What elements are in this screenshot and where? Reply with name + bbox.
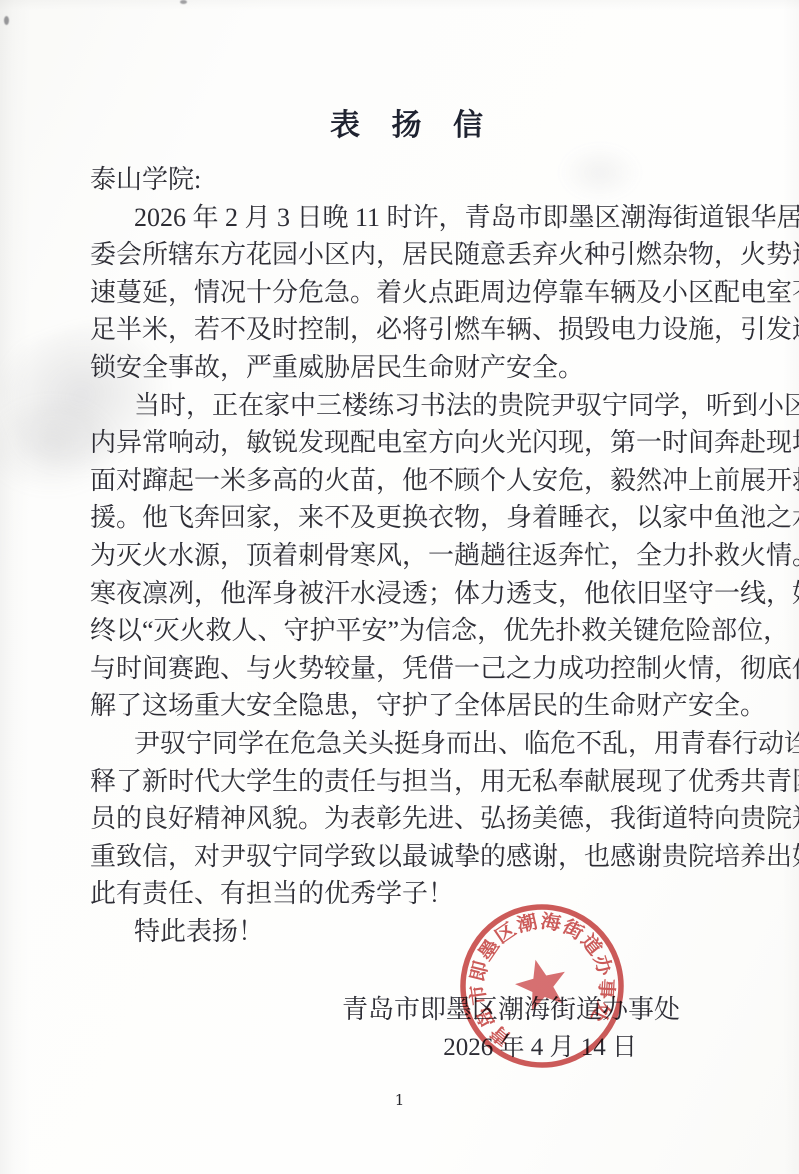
body-line: 解了这场重大安全隐患，守护了全体居民的生命财产安全。 <box>90 687 724 725</box>
page-number: 1 <box>0 1091 799 1109</box>
body-line: 速蔓延，情况十分危急。着火点距周边停靠车辆及小区配电室不 <box>90 274 724 312</box>
body-line: 与时间赛跑、与火势较量，凭借一己之力成功控制火情，彻底化 <box>90 650 724 688</box>
paragraphs: 2026 年 2 月 3 日晚 11 时许，青岛市即墨区潮海街道银华居委会所辖东… <box>90 199 724 951</box>
body-line: 特此表扬！ <box>90 913 724 951</box>
scan-speck <box>4 16 9 25</box>
scan-speck <box>180 0 187 4</box>
body-line: 为灭火水源，顶着刺骨寒风，一趟趟往返奔忙，全力扑救火情。 <box>90 537 724 575</box>
signature-block: 青岛市即墨区潮海街道办事处 2026 年 4 月 14 日 <box>0 991 799 1067</box>
body-line: 员的良好精神风貌。为表彰先进、弘扬美德，我街道特向贵院郑 <box>90 800 724 838</box>
body-line: 委会所辖东方花园小区内，居民随意丢弃火种引燃杂物，火势迅 <box>90 236 724 274</box>
body-line: 终以“灭火救人、守护平安”为信念，优先扑救关键危险部位， <box>90 612 724 650</box>
letter-page: 表 扬 信 泰山学院: 2026 年 2 月 3 日晚 11 时许，青岛市即墨区… <box>0 0 799 1174</box>
body-line: 援。他飞奔回家，来不及更换衣物，身着睡衣，以家中鱼池之水 <box>90 499 724 537</box>
body-line: 当时，正在家中三楼练习书法的贵院尹驭宁同学，听到小区 <box>90 387 724 425</box>
body-line: 寒夜凛冽，他浑身被汗水浸透；体力透支，他依旧坚守一线，始 <box>90 575 724 613</box>
body-line: 释了新时代大学生的责任与担当，用无私奉献展现了优秀共青团 <box>90 763 724 801</box>
date: 2026 年 4 月 14 日 <box>0 1029 799 1067</box>
body-line: 内异常响动，敏锐发现配电室方向火光闪现，第一时间奔赴现场。 <box>90 424 724 462</box>
body-line: 锁安全事故，严重威胁居民生命财产安全。 <box>90 349 724 387</box>
body-line: 此有责任、有担当的优秀学子！ <box>90 875 724 913</box>
body-line: 面对蹿起一米多高的火苗，他不顾个人安危，毅然冲上前展开救 <box>90 462 724 500</box>
letter-body: 泰山学院: 2026 年 2 月 3 日晚 11 时许，青岛市即墨区潮海街道银华… <box>90 161 724 950</box>
body-line: 重致信，对尹驭宁同学致以最诚挚的感谢，也感谢贵院培养出如 <box>90 838 724 876</box>
body-line: 足半米，若不及时控制，必将引燃车辆、损毁电力设施，引发连 <box>90 311 724 349</box>
letter-title: 表 扬 信 <box>0 100 799 144</box>
signature: 青岛市即墨区潮海街道办事处 <box>0 991 799 1029</box>
body-line: 尹驭宁同学在危急关头挺身而出、临危不乱，用青春行动诠 <box>90 725 724 763</box>
salutation: 泰山学院: <box>90 161 724 199</box>
body-line: 2026 年 2 月 3 日晚 11 时许，青岛市即墨区潮海街道银华居 <box>90 199 724 237</box>
